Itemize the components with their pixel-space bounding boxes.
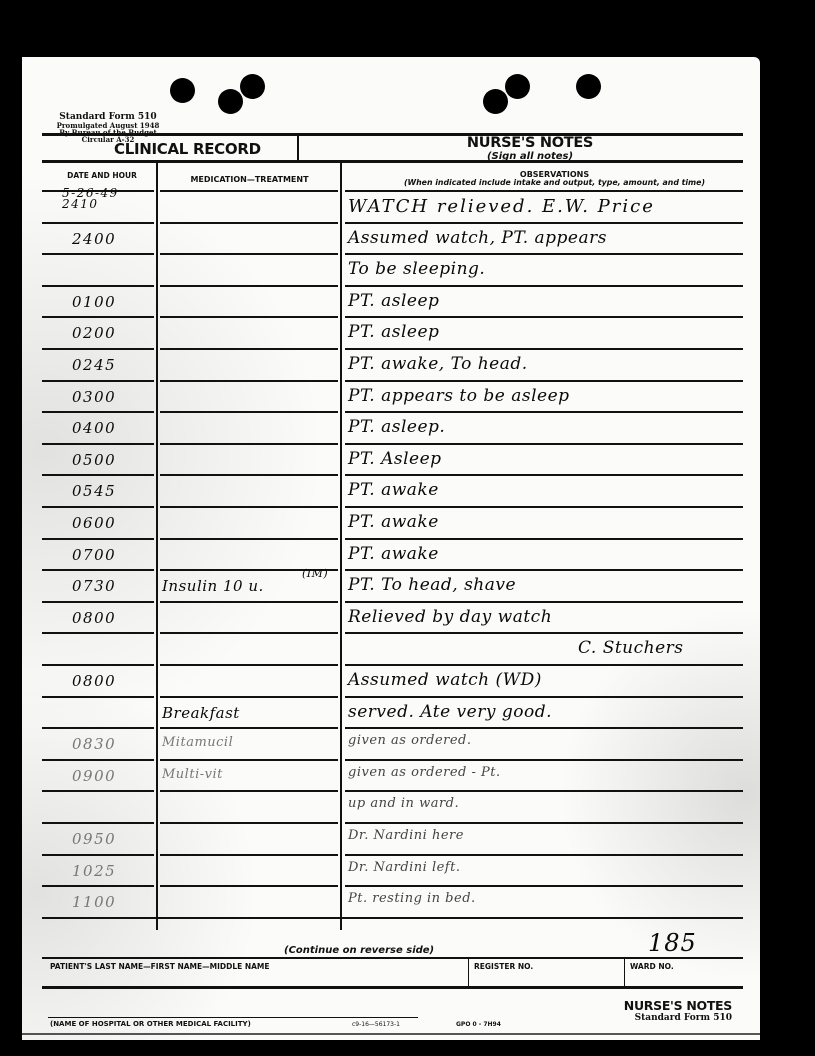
header-rule-shadow: [42, 161, 743, 162]
row-rule: [42, 474, 154, 476]
print-code: c9-16—56173-1: [352, 1021, 400, 1028]
row-rule: [42, 285, 154, 287]
facility-label: (NAME OF HOSPITAL OR OTHER MEDICAL FACIL…: [50, 1020, 251, 1028]
row-rule: [345, 601, 743, 603]
row-rule: [345, 632, 743, 634]
row-observation: Assumed watch, PT. appears: [348, 228, 607, 248]
punch-hole: [505, 74, 530, 99]
row-rule: [345, 285, 743, 287]
footer-rule: [42, 957, 743, 959]
row-rule: [345, 885, 743, 887]
row-rule: [160, 601, 338, 603]
row-date-hour: 0300: [72, 388, 116, 406]
row-rule: [160, 885, 338, 887]
row-date-hour: 1100: [72, 893, 116, 911]
row-medication: Mitamucil: [162, 735, 233, 750]
row-rule: [160, 411, 338, 413]
row-rule: [42, 411, 154, 413]
row-rule: [160, 727, 338, 729]
row-date-hour: 1025: [72, 862, 116, 880]
row-medication: Breakfast: [162, 704, 240, 722]
row-rule: [42, 632, 154, 634]
row-rule: [160, 443, 338, 445]
row-rule: [42, 348, 154, 350]
row-rule: [42, 664, 154, 666]
row-observation: given as ordered - Pt.: [348, 765, 501, 780]
row-observation: PT. awake: [348, 480, 439, 500]
register-no-label: REGISTER NO.: [474, 962, 533, 971]
row-observation: Assumed watch (WD): [348, 670, 542, 690]
row-date-hour: 0700: [72, 546, 116, 564]
row-rule: [345, 443, 743, 445]
row-rule: [42, 727, 154, 729]
row-rule: [160, 253, 338, 255]
row-rule: [42, 854, 154, 856]
row-rule: [345, 727, 743, 729]
row-rule: [345, 822, 743, 824]
footer-form-name: NURSE'S NOTES: [582, 998, 732, 1013]
row-rule: [345, 474, 743, 476]
row-date-hour: 0830: [72, 735, 116, 753]
patient-name-label: PATIENT'S LAST NAME—FIRST NAME—MIDDLE NA…: [50, 962, 270, 971]
row-rule: [160, 632, 338, 634]
row-observation: PT. To head, shave: [348, 575, 516, 595]
row-date-hour: 0800: [72, 672, 116, 690]
row-rule: [42, 601, 154, 603]
row-observation: given as ordered.: [348, 733, 472, 748]
row-date-hour: 0200: [72, 324, 116, 342]
row-rule: [42, 222, 154, 224]
row-rule: [42, 822, 154, 824]
row-rule: [160, 474, 338, 476]
col-header-medication: MEDICATION—TREATMENT: [162, 176, 337, 184]
page-number: 185: [648, 929, 697, 957]
row-rule: [160, 316, 338, 318]
row-observation: Relieved by day watch: [348, 607, 552, 627]
row-observation: PT. awake, To head.: [348, 354, 528, 374]
row-rule: [345, 316, 743, 318]
row-rule: [160, 348, 338, 350]
row-observation: PT. Asleep: [348, 449, 442, 469]
row-observation: PT. awake: [348, 544, 439, 564]
row-medication: Insulin 10 u.: [162, 577, 264, 595]
row-rule: [42, 253, 154, 255]
punch-hole: [240, 74, 265, 99]
row-rule: [345, 759, 743, 761]
row-date-hour: 0600: [72, 514, 116, 532]
row-rule: [42, 506, 154, 508]
row-rule: [42, 696, 154, 698]
row-rule: [345, 253, 743, 255]
row-observation: PT. asleep: [348, 322, 439, 342]
punch-hole: [576, 74, 601, 99]
row-date-hour: 0500: [72, 451, 116, 469]
row-observation: up and in ward.: [348, 796, 459, 811]
row-rule: [160, 696, 338, 698]
row-rule: [160, 190, 338, 192]
row-date-hour: 5-26-49 2410: [62, 188, 132, 210]
nurses-notes-title: NURSE'S NOTES: [440, 135, 620, 151]
row-observation: served. Ate very good.: [348, 702, 552, 722]
row-rule: [345, 222, 743, 224]
row-date-hour: 0800: [72, 609, 116, 627]
row-date-hour: 0730: [72, 577, 116, 595]
punch-hole: [170, 78, 195, 103]
facility-line: [48, 1017, 418, 1018]
row-rule: [160, 664, 338, 666]
row-rule: [345, 569, 743, 571]
continue-note: (Continue on reverse side): [284, 945, 434, 956]
register-divider: [468, 958, 469, 988]
col-header-observations-note: (When indicated include intake and outpu…: [367, 179, 742, 187]
row-observation: WATCH relieved. E.W. Price: [348, 196, 655, 217]
row-observation: Dr. Nardini here: [348, 828, 464, 843]
header-divider: [297, 136, 299, 161]
row-rule: [160, 790, 338, 792]
top-rule: [42, 133, 743, 136]
col-header-date: DATE AND HOUR: [62, 172, 142, 180]
row-date-hour: 0245: [72, 356, 116, 374]
row-observation: PT. asleep.: [348, 417, 445, 437]
row-rule: [42, 885, 154, 887]
row-rule: [42, 443, 154, 445]
row-rule: [42, 569, 154, 571]
row-medication: Multi-vit: [162, 767, 223, 782]
row-rule: [160, 759, 338, 761]
row-observation: Pt. resting in bed.: [348, 891, 476, 906]
row-rule: [42, 790, 154, 792]
form-header-block: Standard Form 510 Promulgated August 194…: [52, 113, 164, 143]
medication-column-divider: [340, 163, 342, 930]
punch-hole: [218, 89, 243, 114]
footer-form-number: Standard Form 510: [582, 1013, 732, 1023]
row-rule: [160, 506, 338, 508]
paper-bottom-edge: [22, 1033, 760, 1035]
row-medication-route: (IM): [302, 567, 328, 580]
footer-rule-bottom: [42, 986, 743, 989]
row-rule: [160, 285, 338, 287]
row-rule: [345, 190, 743, 192]
row-observation: C. Stuchers: [578, 638, 684, 658]
row-date-hour: 0400: [72, 419, 116, 437]
row-rule: [345, 696, 743, 698]
row-observation: PT. asleep: [348, 291, 439, 311]
row-rule: [345, 348, 743, 350]
row-rule: [160, 854, 338, 856]
row-rule: [160, 380, 338, 382]
clinical-record-title: CLINICAL RECORD: [114, 140, 261, 158]
row-observation: Dr. Nardini left.: [348, 860, 460, 875]
row-rule: [345, 380, 743, 382]
row-rule: [42, 917, 743, 919]
row-date-hour: 0545: [72, 482, 116, 500]
row-date-hour: 0950: [72, 830, 116, 848]
ward-divider: [624, 958, 625, 988]
row-rule: [42, 316, 154, 318]
row-rule: [345, 790, 743, 792]
row-rule: [42, 759, 154, 761]
row-rule: [160, 538, 338, 540]
row-rule: [160, 822, 338, 824]
row-rule: [345, 506, 743, 508]
row-rule: [42, 538, 154, 540]
row-rule: [345, 538, 743, 540]
row-date-hour: 2400: [72, 230, 116, 248]
row-rule: [345, 854, 743, 856]
row-rule: [345, 411, 743, 413]
date-column-divider: [156, 163, 158, 930]
row-observation: PT. appears to be asleep: [348, 386, 570, 406]
row-rule: [42, 380, 154, 382]
row-rule: [160, 222, 338, 224]
row-rule: [345, 664, 743, 666]
nurses-notes-form: Standard Form 510 Promulgated August 194…: [22, 57, 760, 1040]
row-date-hour: 0100: [72, 293, 116, 311]
punch-hole: [483, 89, 508, 114]
row-date-hour: 0900: [72, 767, 116, 785]
gpo-code: GPO 0 - 7H94: [456, 1021, 501, 1028]
row-observation: To be sleeping.: [348, 259, 485, 279]
ward-no-label: WARD NO.: [630, 962, 674, 971]
row-observation: PT. awake: [348, 512, 439, 532]
